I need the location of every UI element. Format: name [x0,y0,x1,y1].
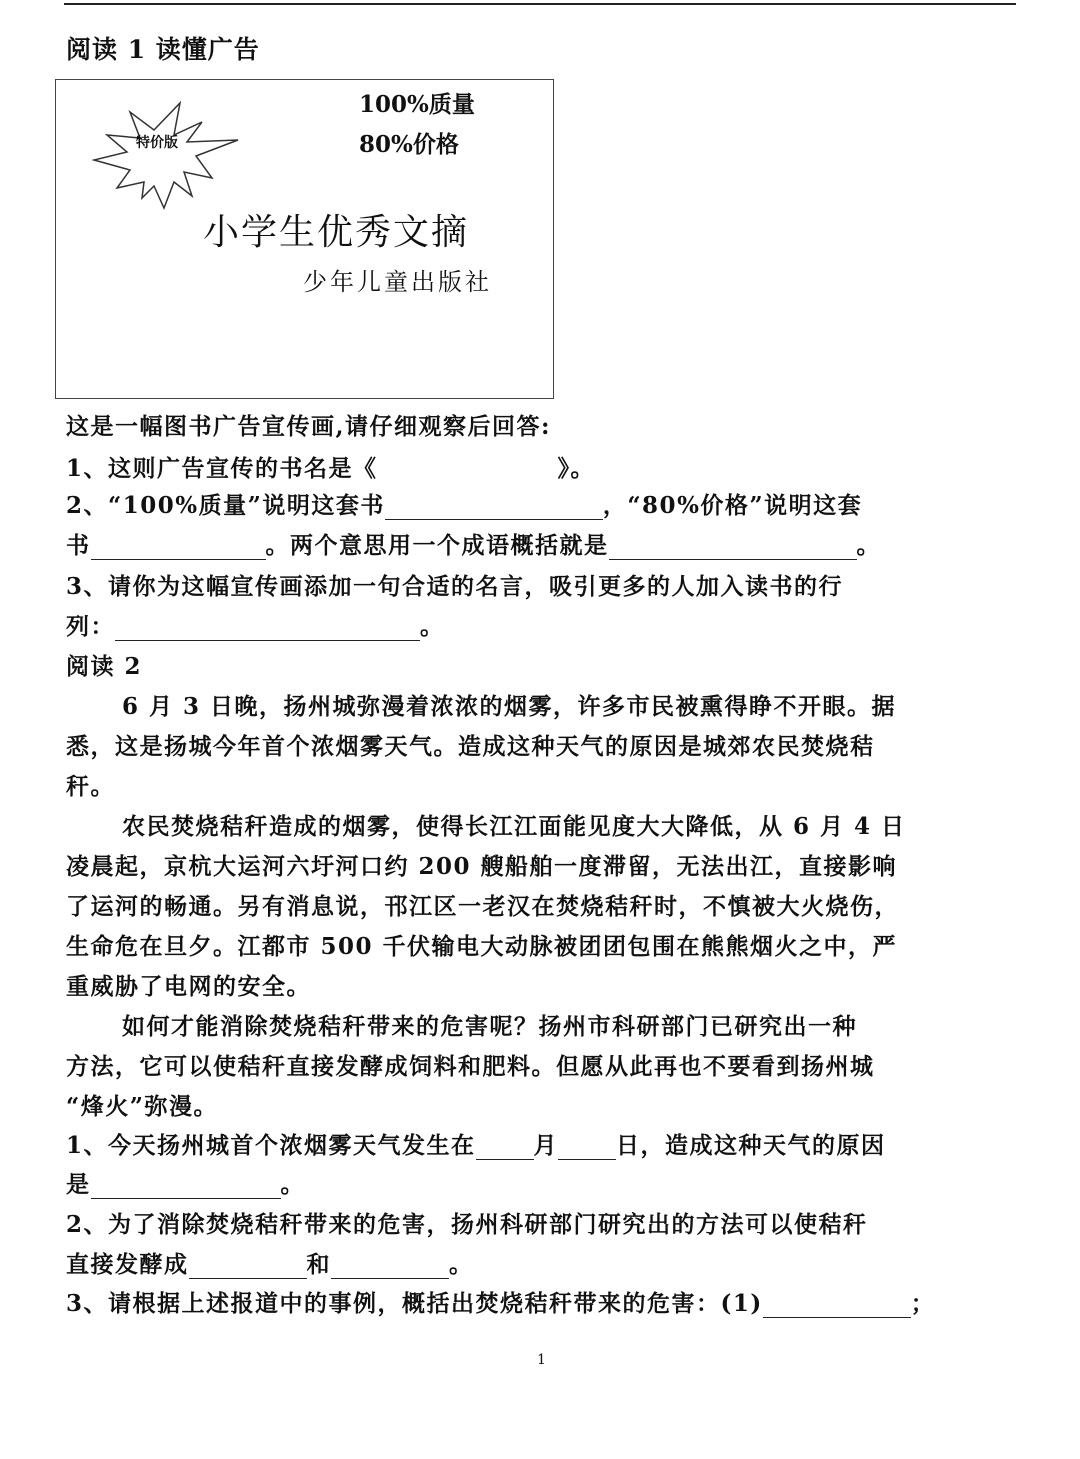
question-text: 月 [534,1132,559,1159]
answer-blank[interactable] [331,1252,449,1279]
paragraph-3-line-2: 方法，它可以使秸秆直接发酵成饲料和肥料。但愿从此再也不要看到扬州城 [66,1048,875,1081]
page-number: 1 [537,1352,546,1368]
question-text: 和 [307,1251,332,1278]
reading2-question-1-line2: 是。 [66,1166,305,1199]
reading1-intro: 这是一幅图书广告宣传画,请仔细观察后回答: [66,408,551,441]
question-text: 是 [66,1171,91,1198]
answer-blank[interactable] [189,1252,307,1279]
question-text: 直接发酵成 [66,1251,189,1278]
answer-blank[interactable] [91,533,266,560]
paragraph-3-line-1: 如何才能消除焚烧秸秆带来的危害呢？扬州市科研部门已研究出一种 [122,1008,857,1041]
ad-quality-text: 100%质量 [359,86,475,119]
question-text: 。 [281,1171,306,1198]
question-text: ，“80%价格”说明这套 [603,492,862,519]
paragraph-2-line-3: 了运河的畅通。另有消息说，邗江区一老汉在焚烧秸秆时，不慎被大火烧伤， [66,888,899,921]
question-text: 。 [857,532,882,559]
question-text: 。 [420,613,445,640]
paragraph-2-line-1: 农民焚烧秸秆造成的烟雾，使得长江江面能见度大大降低，从 6 月 4 日 [122,808,906,841]
reading1-question-2-line1: 2、“100%质量”说明这套书，“80%价格”说明这套 [66,487,862,520]
paragraph-2-line-5: 重威胁了电网的安全。 [66,968,311,1001]
special-edition-badge: 特价版 [136,132,178,152]
paragraph-1-line-2: 悉，这是扬城今年首个浓烟雾天气。造成这种天气的原因是城郊农民焚烧秸 [66,728,875,761]
paragraph-3-line-3: “烽火”弥漫。 [66,1088,218,1121]
question-text: 日，造成这种天气的原因 [616,1132,886,1159]
question-text: 》。 [558,455,596,482]
answer-blank[interactable] [609,533,857,560]
starburst-icon [92,100,242,220]
answer-blank[interactable] [115,614,420,641]
reading1-heading: 阅读 1 读懂广告 [66,30,260,66]
ad-image: 特价版 100%质量 80%价格 小学生优秀文摘 少年儿童出版社 [55,79,554,399]
question-text: 。 [449,1251,474,1278]
day-blank[interactable] [558,1133,616,1160]
reading1-question-2-line2: 书。两个意思用一个成语概括就是。 [66,527,881,560]
reading2-question-2-line1: 2、为了消除焚烧秸秆带来的危害，扬州科研部门研究出的方法可以使秸秆 [66,1206,868,1239]
ad-publisher: 少年儿童出版社 [303,262,492,297]
answer-blank[interactable] [385,493,603,520]
reading2-question-3: 3、请根据上述报道中的事例，概括出焚烧秸秆带来的危害：(1)； [66,1285,935,1318]
reading2-question-2-line2: 直接发酵成和。 [66,1246,474,1279]
question-text: 3、请根据上述报道中的事例，概括出焚烧秸秆带来的危害：(1) [66,1290,763,1317]
question-text: 列： [66,613,115,640]
question-text: 。两个意思用一个成语概括就是 [266,532,609,559]
answer-blank[interactable] [91,1172,281,1199]
paragraph-1-line-3: 秆。 [66,768,115,801]
ad-price-text: 80%价格 [359,126,459,159]
paragraph-2-line-2: 凌晨起，京杭大运河六圩河口约 200 艘船舶一度滞留，无法出江，直接影响 [66,848,897,881]
paragraph-1-line-1: 6 月 3 日晚，扬州城弥漫着浓浓的烟雾，许多市民被熏得睁不开眼。据 [122,688,896,721]
reading2-heading: 阅读 2 [66,648,142,681]
paragraph-2-line-4: 生命危在旦夕。江都市 500 千伏输电大动脉被团团包围在熊熊烟火之中，严 [66,928,897,961]
question-text: 书 [66,532,91,559]
question-text: ； [911,1290,936,1317]
reading2-question-1-line1: 1、今天扬州城首个浓烟雾天气发生在月日，造成这种天气的原因 [66,1127,886,1160]
ad-book-title: 小学生优秀文摘 [203,204,469,255]
question-text: 1、今天扬州城首个浓烟雾天气发生在 [66,1132,476,1159]
top-rule [64,3,1016,5]
reading1-question-3-line1: 3、请你为这幅宣传画添加一句合适的名言，吸引更多的人加入读书的行 [66,568,843,601]
month-blank[interactable] [476,1133,534,1160]
question-text: 1、这则广告宣传的书名是《 [66,455,378,482]
answer-blank[interactable] [763,1291,911,1318]
reading1-question-3-line2: 列：。 [66,608,445,641]
question-text: 2、“100%质量”说明这套书 [66,492,385,519]
reading1-question-1: 1、这则广告宣传的书名是《》。 [66,450,595,483]
